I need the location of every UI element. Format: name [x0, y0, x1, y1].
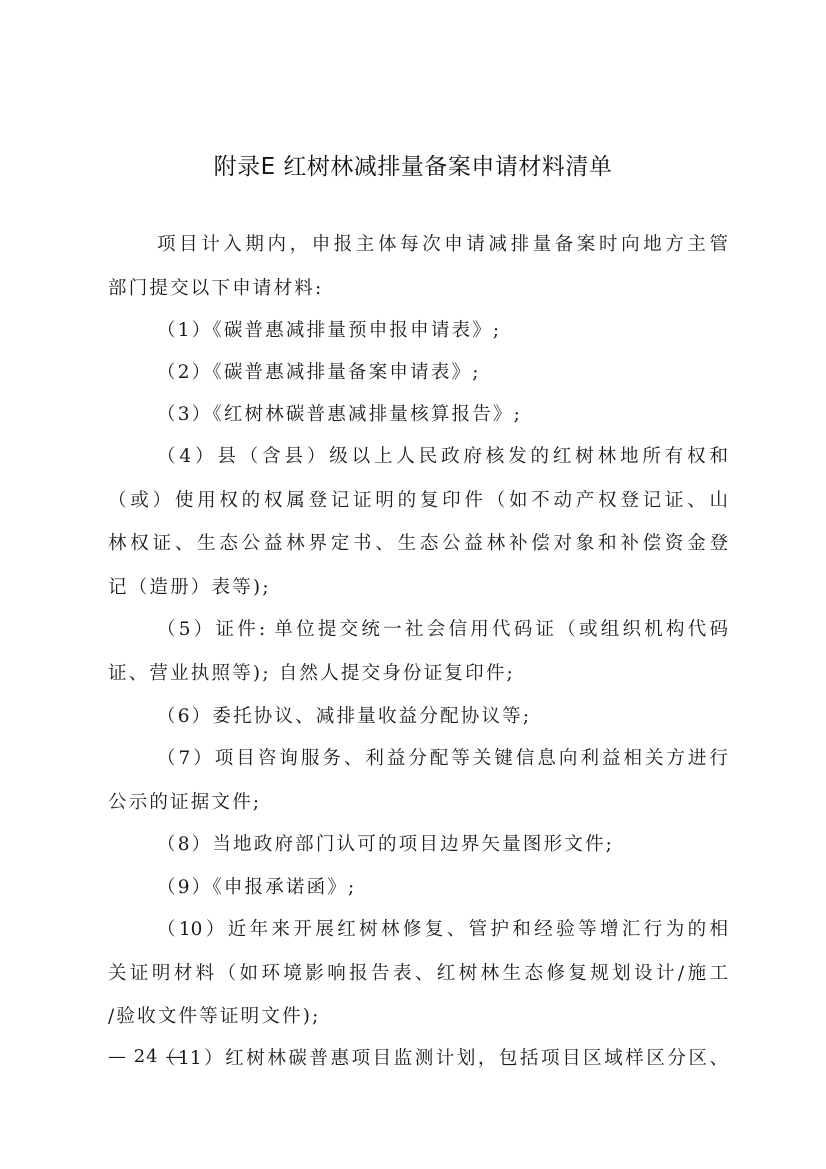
list-item-7-cont: 公示的证据文件;	[108, 790, 728, 816]
paragraph-line: 项目计入期内，申报主体每次申请减排量备案时向地方主管	[157, 232, 728, 258]
page-number: — 24 —	[108, 1045, 184, 1069]
list-item-10-cont: /验收文件等证明文件);	[108, 1004, 728, 1030]
list-item-11: （11）红树林碳普惠项目监测计划，包括项目区域样区分区、	[157, 1046, 728, 1072]
list-item-4-cont: 记（造册）表等);	[108, 575, 728, 601]
list-item-3: （3）《红树林碳普惠减排量核算报告》;	[157, 402, 777, 428]
list-item-4-cont: 林权证、生态公益林界定书、生态公益林补偿对象和补偿资金登	[108, 531, 728, 557]
list-item-9: （9）《申报承诺函》;	[157, 875, 777, 901]
list-item-2: （2）《碳普惠减排量备案申请表》;	[157, 360, 777, 386]
list-item-5: （5）证件: 单位提交统一社会信用代码证（或组织机构代码	[157, 617, 728, 643]
list-item-6: （6）委托协议、减排量收益分配协议等;	[157, 704, 777, 730]
list-item-4: （4）县（含县）级以上人民政府核发的红树林地所有权和	[157, 444, 728, 470]
list-item-10-cont: 关证明材料（如环境影响报告表、红树林生态修复规划设计/施工	[108, 961, 728, 987]
list-item-5-cont: 证、营业执照等); 自然人提交身份证复印件;	[108, 661, 728, 687]
list-item-4-cont: （或）使用权的权属登记证明的复印件（如不动产权登记证、山	[108, 488, 728, 514]
list-item-7: （7）项目咨询服务、利益分配等关键信息向利益相关方进行	[157, 746, 728, 772]
appendix-title: 附录E 红树林减排量备案申请材料清单	[0, 150, 826, 184]
list-item-10: （10）近年来开展红树林修复、管护和经验等增汇行为的相	[157, 917, 728, 943]
paragraph-line: 部门提交以下申请材料:	[108, 276, 728, 302]
list-item-1: （1）《碳普惠减排量预申报申请表》;	[157, 318, 777, 344]
document-page: 附录E 红树林减排量备案申请材料清单 项目计入期内，申报主体每次申请减排量备案时…	[0, 0, 826, 1169]
list-item-8: （8）当地政府部门认可的项目边界矢量图形文件;	[157, 832, 777, 858]
